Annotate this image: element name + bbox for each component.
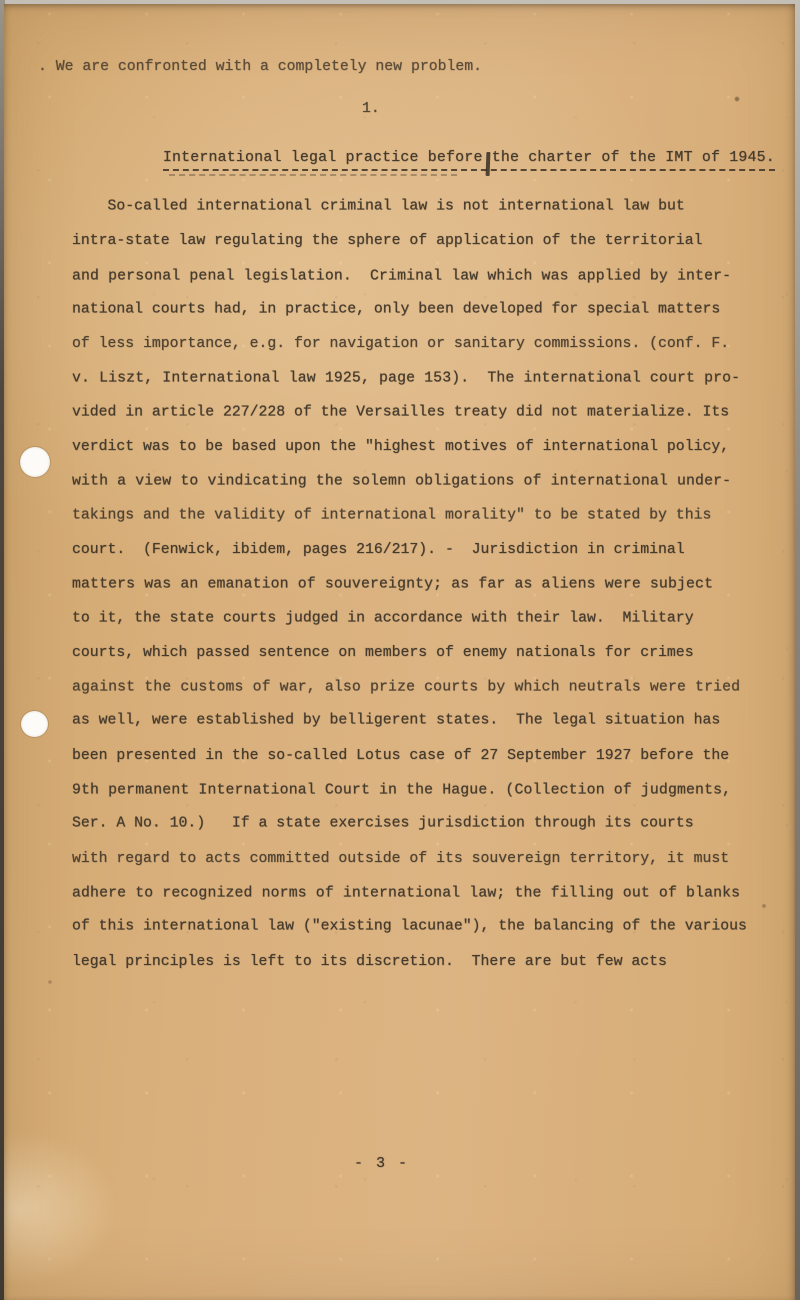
text-line: legal principles is left to its discreti… [72,945,796,979]
section-heading: International legal practice before the … [108,134,775,187]
section-heading-text: International legal practice before the … [163,150,775,171]
document-page: . We are confronted with a completely ne… [4,4,795,1300]
text-line: verdict was to be based upon the "highes… [72,430,796,464]
text-line: adhere to recognized norms of internatio… [72,876,796,910]
ink-smudge-mark [486,152,491,176]
text-line: Ser. A No. 10.) If a state exercises jur… [72,807,796,841]
text-line: of this international law ("existing lac… [72,910,796,944]
punch-hole-bottom [21,711,48,737]
page-number: - 3 - [0,1155,777,1172]
text-line: 9th permanent International Court in the… [72,773,796,807]
text-line: national courts had, in practice, only b… [72,293,796,327]
text-line: intra-state law regulating the sphere of… [72,224,796,258]
text-line: and personal penal legislation. Criminal… [72,259,796,293]
text-line: courts, which passed sentence on members… [72,636,796,670]
text-line: to it, the state courts judged in accord… [72,601,796,635]
intro-line: . We are confronted with a completely ne… [38,59,482,75]
text-line: v. Liszt, International law 1925, page 1… [72,362,796,396]
text-line: matters was an emanation of souvereignty… [72,568,796,602]
text-line: So-called international criminal law is … [72,190,796,224]
scanned-document: . We are confronted with a completely ne… [0,0,800,1300]
text-line: takings and the validity of internationa… [72,498,796,532]
body-paragraph: So-called international criminal law is … [72,190,796,979]
text-line: with regard to acts committed outside of… [72,842,796,876]
text-line: been presented in the so-called Lotus ca… [72,739,796,773]
text-line: vided in article 227/228 of the Versaill… [72,395,796,429]
text-line: court. (Fenwick, ibidem, pages 216/217).… [72,533,796,567]
text-line: as well, were established by belligerent… [72,704,796,738]
punch-hole-top [20,447,50,477]
text-line: with a view to vindicating the solemn ob… [72,465,796,499]
section-number: 1. [362,101,380,117]
text-line: against the customs of war, also prize c… [72,671,796,705]
text-line: of less importance, e.g. for navigation … [72,327,796,361]
